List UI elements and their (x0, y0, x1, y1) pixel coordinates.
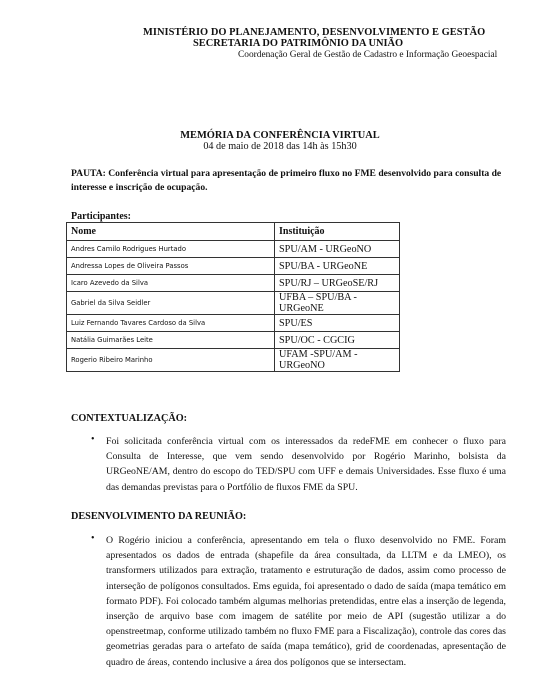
agenda-label: PAUTA (71, 168, 103, 179)
coordination-subheading: Coordenação Geral de Gestão de Cadastro … (238, 50, 497, 60)
context-paragraph: Foi solicitada conferência virtual com o… (106, 434, 506, 495)
development-section-title: DESENVOLVIMENTO DA REUNIÃO: (71, 511, 246, 522)
table-row: Andressa Lopes de Oliveira PassosSPU/BA … (67, 258, 400, 275)
participant-name: Luiz Fernando Tavares Cardoso da Silva (67, 315, 275, 332)
participants-table: Nome Instituição Andres Camilo Rodrigues… (66, 222, 400, 372)
participant-name: Gabriel da Silva Seidler (67, 292, 275, 315)
participant-name: Rogerio Ribeiro Marinho (67, 349, 275, 372)
participant-institution: UFAM -SPU/AM - URGeoNO (275, 349, 400, 372)
participant-institution: UFBA – SPU/BA - URGeoNE (275, 292, 400, 315)
table-header-row: Nome Instituição (67, 223, 400, 241)
column-header-name: Nome (67, 223, 275, 241)
ministry-heading: MINISTÉRIO DO PLANEJAMENTO, DESENVOLVIME… (143, 27, 485, 38)
context-section-title: CONTEXTUALIZAÇÃO: (71, 413, 187, 424)
development-paragraph: O Rogério iniciou a conferência, apresen… (106, 533, 506, 670)
bullet-icon: • (91, 434, 95, 445)
participant-name: Icaro Azevedo da Silva (67, 275, 275, 292)
memo-title: MEMÓRIA DA CONFERÊNCIA VIRTUAL (0, 130, 560, 141)
table-row: Natália Guimarães LeiteSPU/OC - CGCIG (67, 332, 400, 349)
bullet-icon: • (91, 533, 95, 544)
table-row: Luiz Fernando Tavares Cardoso da SilvaSP… (67, 315, 400, 332)
participants-label: Participantes: (71, 211, 131, 222)
memo-date: 04 de maio de 2018 das 14h às 15h30 (0, 141, 560, 152)
participant-institution: SPU/RJ – URGeoSE/RJ (275, 275, 400, 292)
secretariat-heading: SECRETARIA DO PATRIMÔNIO DA UNIÃO (193, 38, 403, 49)
participant-name: Andressa Lopes de Oliveira Passos (67, 258, 275, 275)
table-row: Icaro Azevedo da SilvaSPU/RJ – URGeoSE/R… (67, 275, 400, 292)
agenda-text: : Conferência virtual para apresentação … (71, 168, 501, 193)
table-row: Rogerio Ribeiro MarinhoUFAM -SPU/AM - UR… (67, 349, 400, 372)
participant-institution: SPU/BA - URGeoNE (275, 258, 400, 275)
participant-institution: SPU/AM - URGeoNO (275, 241, 400, 258)
participant-institution: SPU/OC - CGCIG (275, 332, 400, 349)
participant-name: Andres Camilo Rodrigues Hurtado (67, 241, 275, 258)
participant-name: Natália Guimarães Leite (67, 332, 275, 349)
table-row: Gabriel da Silva SeidlerUFBA – SPU/BA - … (67, 292, 400, 315)
column-header-institution: Instituição (275, 223, 400, 241)
agenda-paragraph: PAUTA: Conferência virtual para apresent… (71, 167, 511, 195)
participant-institution: SPU/ES (275, 315, 400, 332)
table-row: Andres Camilo Rodrigues HurtadoSPU/AM - … (67, 241, 400, 258)
